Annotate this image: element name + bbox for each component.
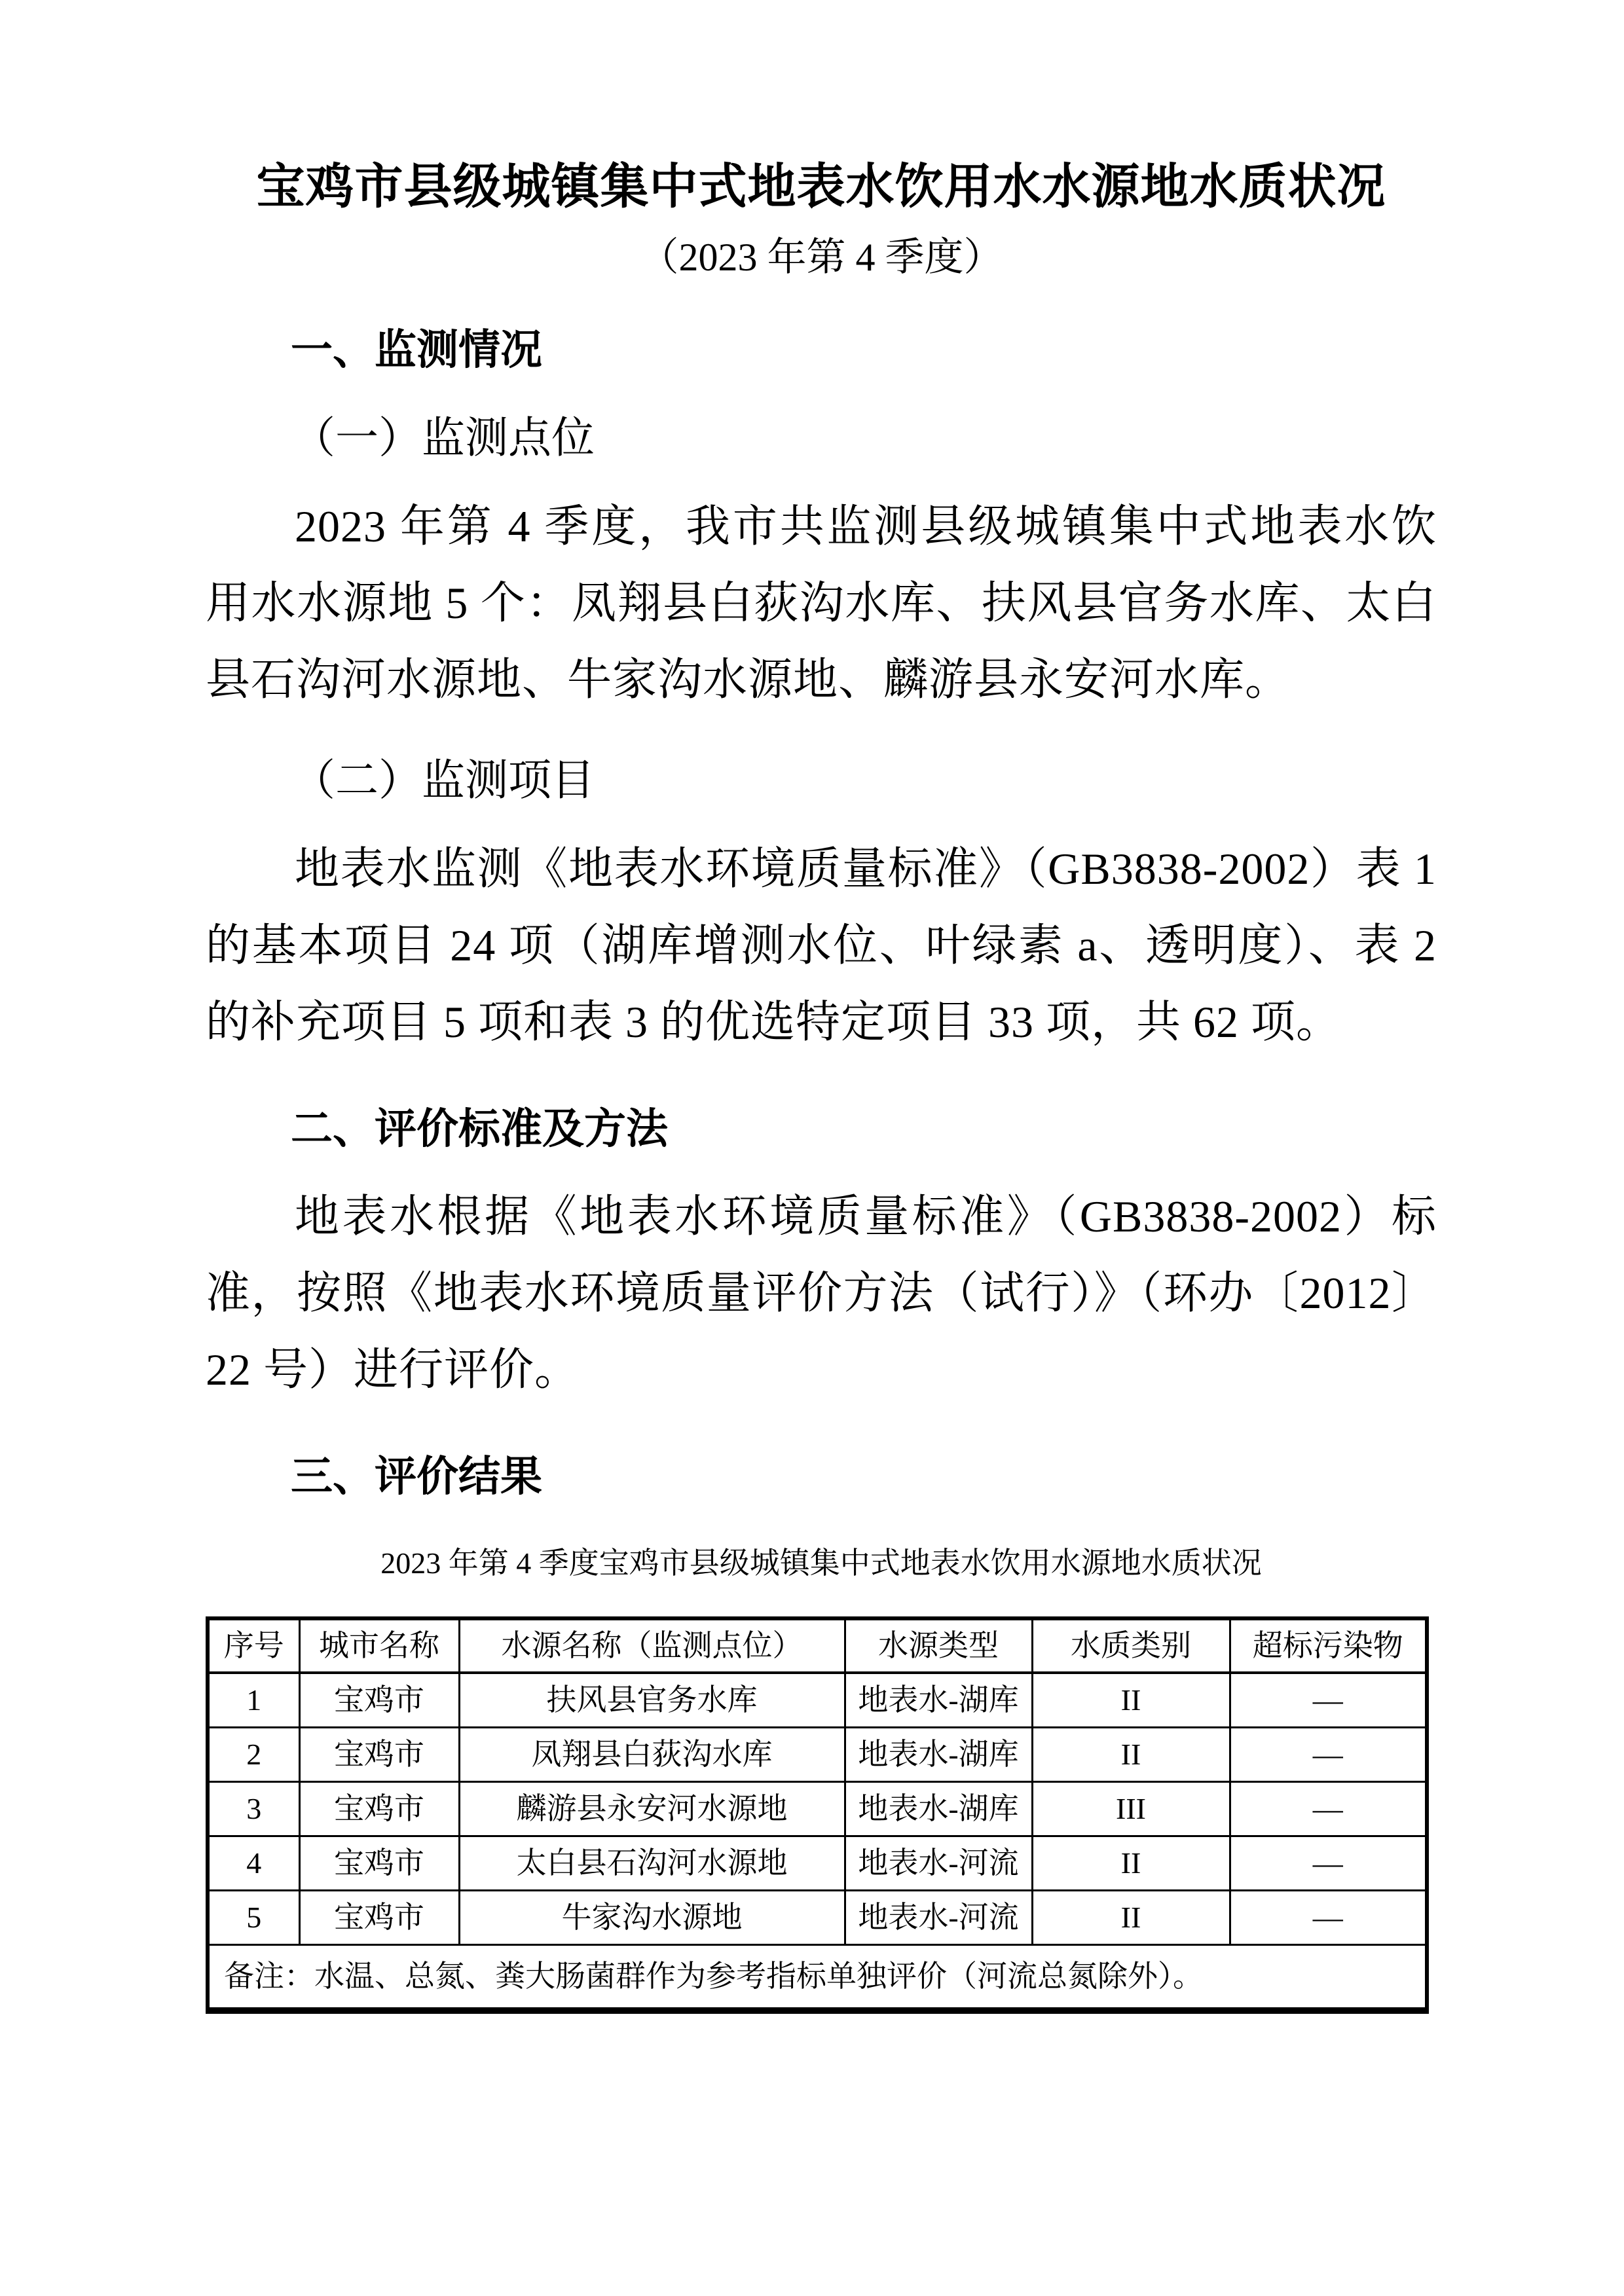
cell-exceeding-pollutants: — — [1230, 1836, 1427, 1891]
cell-city: 宝鸡市 — [299, 1891, 459, 1945]
header-cell-source-name: 水源名称（监测点位） — [459, 1618, 845, 1673]
table-row: 2 宝鸡市 凤翔县白荻沟水库 地表水-湖库 II — — [208, 1728, 1427, 1782]
table-row: 4 宝鸡市 太白县石沟河水源地 地表水-河流 II — — [208, 1836, 1427, 1891]
cell-quality-class: III — [1032, 1782, 1230, 1836]
table-header-row: 序号 城市名称 水源名称（监测点位） 水源类型 水质类别 超标污染物 — [208, 1618, 1427, 1673]
table-row: 5 宝鸡市 牛家沟水源地 地表水-河流 II — — [208, 1891, 1427, 1945]
cell-exceeding-pollutants: — — [1230, 1728, 1427, 1782]
cell-city: 宝鸡市 — [299, 1836, 459, 1891]
table-row: 1 宝鸡市 扶风县官务水库 地表水-湖库 II — — [208, 1673, 1427, 1728]
cell-city: 宝鸡市 — [299, 1782, 459, 1836]
cell-city: 宝鸡市 — [299, 1728, 459, 1782]
cell-exceeding-pollutants: — — [1230, 1782, 1427, 1836]
cell-exceeding-pollutants: — — [1230, 1891, 1427, 1945]
cell-quality-class: II — [1032, 1728, 1230, 1782]
paragraph-monitoring-items: 地表水监测《地表水环境质量标准》（GB3838-2002）表 1 的基本项目 2… — [206, 831, 1437, 1061]
cell-exceeding-pollutants: — — [1230, 1673, 1427, 1728]
section-standards-heading: 二、评价标准及方法 — [206, 1102, 1437, 1155]
cell-index: 2 — [208, 1728, 299, 1782]
doc-title: 宝鸡市县级城镇集中式地表水饮用水水源地水质状况 — [206, 158, 1437, 216]
document-page: 宝鸡市县级城镇集中式地表水饮用水水源地水质状况 （2023 年第 4 季度） 一… — [0, 0, 1624, 2296]
cell-index: 1 — [208, 1673, 299, 1728]
table-note-row: 备注：水温、总氮、粪大肠菌群作为参考指标单独评价（河流总氮除外）。 — [208, 1945, 1427, 2011]
section-results-heading: 三、评价结果 — [206, 1450, 1437, 1503]
header-cell-exceeding-pollutants: 超标污染物 — [1230, 1618, 1427, 1673]
header-cell-city: 城市名称 — [299, 1618, 459, 1673]
subsection-monitoring-items-heading: （二）监测项目 — [206, 755, 1437, 807]
header-cell-source-type: 水源类型 — [845, 1618, 1032, 1673]
cell-source-name: 麟游县永安河水源地 — [459, 1782, 845, 1836]
cell-index: 3 — [208, 1782, 299, 1836]
cell-source-type: 地表水-湖库 — [845, 1673, 1032, 1728]
cell-source-type: 地表水-湖库 — [845, 1728, 1032, 1782]
cell-source-name: 太白县石沟河水源地 — [459, 1836, 845, 1891]
cell-quality-class: II — [1032, 1891, 1230, 1945]
cell-quality-class: II — [1032, 1673, 1230, 1728]
results-table: 序号 城市名称 水源名称（监测点位） 水源类型 水质类别 超标污染物 1 宝鸡市… — [206, 1616, 1429, 2014]
cell-city: 宝鸡市 — [299, 1673, 459, 1728]
results-table-caption: 2023 年第 4 季度宝鸡市县级城镇集中式地表水饮用水源地水质状况 — [206, 1544, 1437, 1582]
subsection-monitoring-points-heading: （一）监测点位 — [206, 412, 1437, 465]
cell-source-name: 扶风县官务水库 — [459, 1673, 845, 1728]
cell-source-name: 凤翔县白荻沟水库 — [459, 1728, 845, 1782]
cell-index: 5 — [208, 1891, 299, 1945]
doc-subtitle: （2023 年第 4 季度） — [206, 233, 1437, 282]
paragraph-standards: 地表水根据《地表水环境质量标准》（GB3838-2002）标准，按照《地表水环境… — [206, 1178, 1437, 1408]
table-note: 备注：水温、总氮、粪大肠菌群作为参考指标单独评价（河流总氮除外）。 — [208, 1945, 1427, 2011]
cell-source-name: 牛家沟水源地 — [459, 1891, 845, 1945]
header-cell-quality-class: 水质类别 — [1032, 1618, 1230, 1673]
cell-source-type: 地表水-河流 — [845, 1836, 1032, 1891]
section-monitoring-heading: 一、监测情况 — [206, 323, 1437, 376]
cell-quality-class: II — [1032, 1836, 1230, 1891]
table-row: 3 宝鸡市 麟游县永安河水源地 地表水-湖库 III — — [208, 1782, 1427, 1836]
paragraph-monitoring-points: 2023 年第 4 季度，我市共监测县级城镇集中式地表水饮用水水源地 5 个：凤… — [206, 488, 1437, 718]
header-cell-index: 序号 — [208, 1618, 299, 1673]
cell-source-type: 地表水-河流 — [845, 1891, 1032, 1945]
cell-index: 4 — [208, 1836, 299, 1891]
cell-source-type: 地表水-湖库 — [845, 1782, 1032, 1836]
